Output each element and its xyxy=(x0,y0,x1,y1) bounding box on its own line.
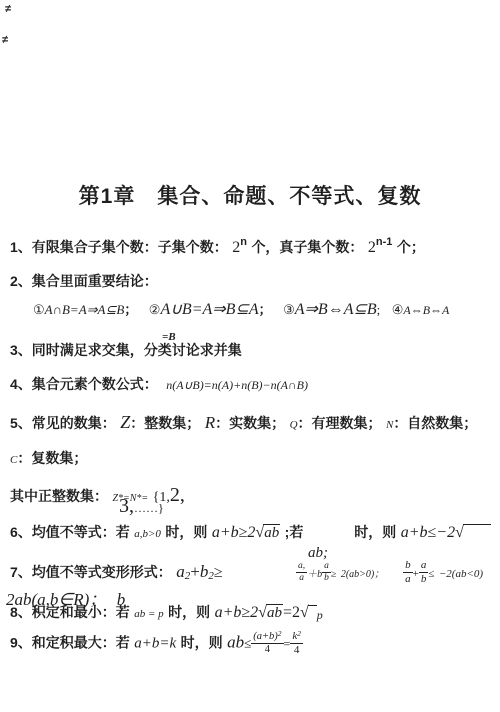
item-2: 2、集合里面重要结论： xyxy=(10,271,158,291)
equals-sign: = xyxy=(283,604,292,621)
geq-sign: ≥ xyxy=(331,569,337,580)
set-desc-c: ：复数集； xyxy=(17,450,87,466)
power-base: 2 xyxy=(368,239,376,256)
rhs: −2(ab<0) xyxy=(439,568,483,580)
var-p: p xyxy=(317,608,323,622)
positive-integer-label: 其中正整数集： xyxy=(10,488,108,504)
fraction-denominator: b xyxy=(419,573,429,585)
coefficient: 2 xyxy=(292,604,300,621)
item-6-wrap-text: ab; xyxy=(308,545,328,561)
item-6: 6、均值不等式：若 a,b>0 时，则 a+b≥2√ab ;若 时，则 a+b≤… xyxy=(10,522,491,542)
fraction-numerator: a xyxy=(322,562,331,574)
item-2-conclusions: ①A∩B=A⇒A⊆B； ②A∪B=A⇒B⊆A； ③A⇒B⇔A⊆B; ④A⇔B⇔A xyxy=(33,299,449,319)
set-symbol-q: Q xyxy=(290,419,298,431)
item-6-then1: 时，则 xyxy=(165,524,207,540)
empty-radicand xyxy=(308,605,317,617)
geq-sign: ≥ xyxy=(214,564,223,581)
item-4-label: 4、集合元素个数公式： xyxy=(10,376,158,392)
plus-sign: + xyxy=(190,562,200,581)
equals-sign: = xyxy=(284,637,291,651)
set-desc-n: ：自然数集； xyxy=(393,415,477,431)
radicand: ab xyxy=(266,604,283,621)
item-8-then: 时，则 xyxy=(168,604,210,620)
item-4: 4、集合元素个数公式： n(A∪B)=n(A)+n(B)−n(A∩B) xyxy=(10,374,308,394)
item-9-then: 时，则 xyxy=(181,635,223,651)
item-6-expr2: a+b≤−2 xyxy=(401,524,455,541)
conclusion-4: ④A⇔B⇔A xyxy=(392,301,450,318)
fraction-numerator: a, xyxy=(296,562,307,574)
item-3: 3、同时满足求交集，分类讨论求并集 xyxy=(10,340,242,360)
item-6-then2: 时，则 xyxy=(354,524,396,540)
item-9-lhs: ab xyxy=(227,633,244,652)
item-7: 7、均值不等式变形形式： a2+b2≥ xyxy=(10,562,223,582)
conclusion-2: ②A∪B=A⇒B⊆A； xyxy=(149,301,272,318)
set-element-3: 3, xyxy=(119,495,134,517)
item-3-label: 3、同时满足求交集，分类讨论求并集 xyxy=(10,342,242,358)
set-ellipsis: ……} xyxy=(134,501,164,515)
set-symbol-r: R xyxy=(205,413,215,432)
item-7-right-formulas: a,a＋bab≥ 2(ab>0)； ba+ab≤ −2(ab<0) xyxy=(296,560,483,585)
exponent-2: 2 xyxy=(297,629,301,638)
conclusion-3-sep: ; xyxy=(377,302,381,317)
item-6-label: 6、均值不等式：若 xyxy=(10,524,130,540)
fraction-denominator: a xyxy=(296,573,307,584)
item-6-sep: ;若 xyxy=(285,524,304,540)
item-5: 5、常见的数集： Z：整数集； R：实数集； Q：有理数集； N：自然数集； xyxy=(10,412,477,433)
conclusion-3-formula: A⇒B⇔A⊆B xyxy=(295,301,377,318)
fraction-denominator: 4 xyxy=(251,644,283,656)
fraction-denominator: a xyxy=(403,573,413,585)
item-1-tail: 个； xyxy=(397,239,425,255)
positive-integer-set-wrap: 3,……} xyxy=(119,495,164,518)
item-1-label: 1、有限集合子集个数：子集个数： xyxy=(10,239,228,255)
scan-artifact-mark: ≠ xyxy=(5,3,11,15)
sub-2: 2 xyxy=(185,570,191,582)
chapter-title: 第1章 集合、命题、不等式、复数 xyxy=(0,180,500,210)
leq-sign: ≤ xyxy=(428,568,434,580)
scan-artifact-mark: ≠ xyxy=(2,34,8,46)
conclusion-4-formula: A⇔B⇔A xyxy=(403,303,449,317)
set-desc-q: ：有理数集； xyxy=(298,415,382,431)
power-exponent: n xyxy=(240,236,247,248)
item-6-expr1: a+b≥2 xyxy=(212,524,256,541)
conclusion-1-sep: ； xyxy=(124,302,137,317)
fraction-numerator: b xyxy=(403,560,413,573)
conclusion-1: ①A∩B=A⇒A⊆B； xyxy=(33,301,137,318)
fraction-denominator: b xyxy=(322,573,331,584)
item-9: 9、和定积最大：若 a+b=k 时，则 ab≤(a+b)24=k24 xyxy=(10,631,303,656)
item-8-expr: a+b≥2 xyxy=(215,604,259,621)
var-a: a xyxy=(176,562,185,581)
exponent-2: 2 xyxy=(278,629,282,638)
item-2-label: 2、集合里面重要结论： xyxy=(10,273,158,289)
circled-2-marker: ② xyxy=(149,302,161,317)
power-exponent: n-1 xyxy=(376,236,393,248)
ratio-inequality-negative: ba+ab≤ −2(ab<0) xyxy=(403,564,483,581)
item-1-mid: 个，真子集个数： xyxy=(251,239,363,255)
leq-sign: ≤ xyxy=(244,636,251,651)
fraction-numerator: k2 xyxy=(290,631,303,644)
item-9-condition: a+b=k xyxy=(134,636,176,652)
fraction-numerator: (a+b)2 xyxy=(251,632,283,645)
circled-1-marker: ① xyxy=(33,302,45,317)
set-symbol-z: Z xyxy=(120,412,130,432)
item-1: 1、有限集合子集个数：子集个数： 2n 个，真子集个数： 2n-1 个； xyxy=(10,237,425,257)
item-5-complex-set: C：复数集； xyxy=(10,448,87,468)
item-5-label: 5、常见的数集： xyxy=(10,415,116,431)
set-desc-r: ：实数集； xyxy=(215,415,285,431)
circled-4-marker: ④ xyxy=(392,302,404,317)
fraction-numerator: a xyxy=(419,560,429,573)
conclusion-2-sep: ； xyxy=(259,302,272,317)
item-4-formula: n(A∪B)=n(A)+n(B)−n(A∩B) xyxy=(166,378,308,392)
item-6-condition: a,b>0 xyxy=(134,528,161,540)
ratio-inequality-positive: a,a＋bab≥ 2(ab>0)； xyxy=(296,564,384,581)
item-9-label: 9、和定积最大：若 xyxy=(10,635,130,651)
set-desc-z: ：整数集； xyxy=(130,415,200,431)
item-7-label: 7、均值不等式变形形式： xyxy=(10,564,172,580)
item-8-label: 8、积定和最小：若 xyxy=(10,604,130,620)
circled-3-marker: ③ xyxy=(283,302,295,317)
rhs: 2(ab>0)； xyxy=(341,569,384,580)
conclusion-2-formula: A∪B=A⇒B⊆A xyxy=(160,301,258,318)
op: ＋b xyxy=(307,569,322,580)
item-8: 8、积定和最小：若 ab = p 时，则 a+b≥2√ab=2√p xyxy=(10,602,323,622)
sub-2: 2 xyxy=(208,570,214,582)
conclusion-3: ③A⇒B⇔A⊆B; xyxy=(283,301,380,318)
empty-radicand xyxy=(463,524,491,537)
conclusion-1-formula: A∩B=A⇒A⊆B xyxy=(45,302,125,317)
set-element-2: 2, xyxy=(170,484,185,506)
radicand: ab xyxy=(263,524,280,541)
item-8-condition: ab = p xyxy=(134,608,163,620)
fraction-denominator: 4 xyxy=(290,644,303,656)
